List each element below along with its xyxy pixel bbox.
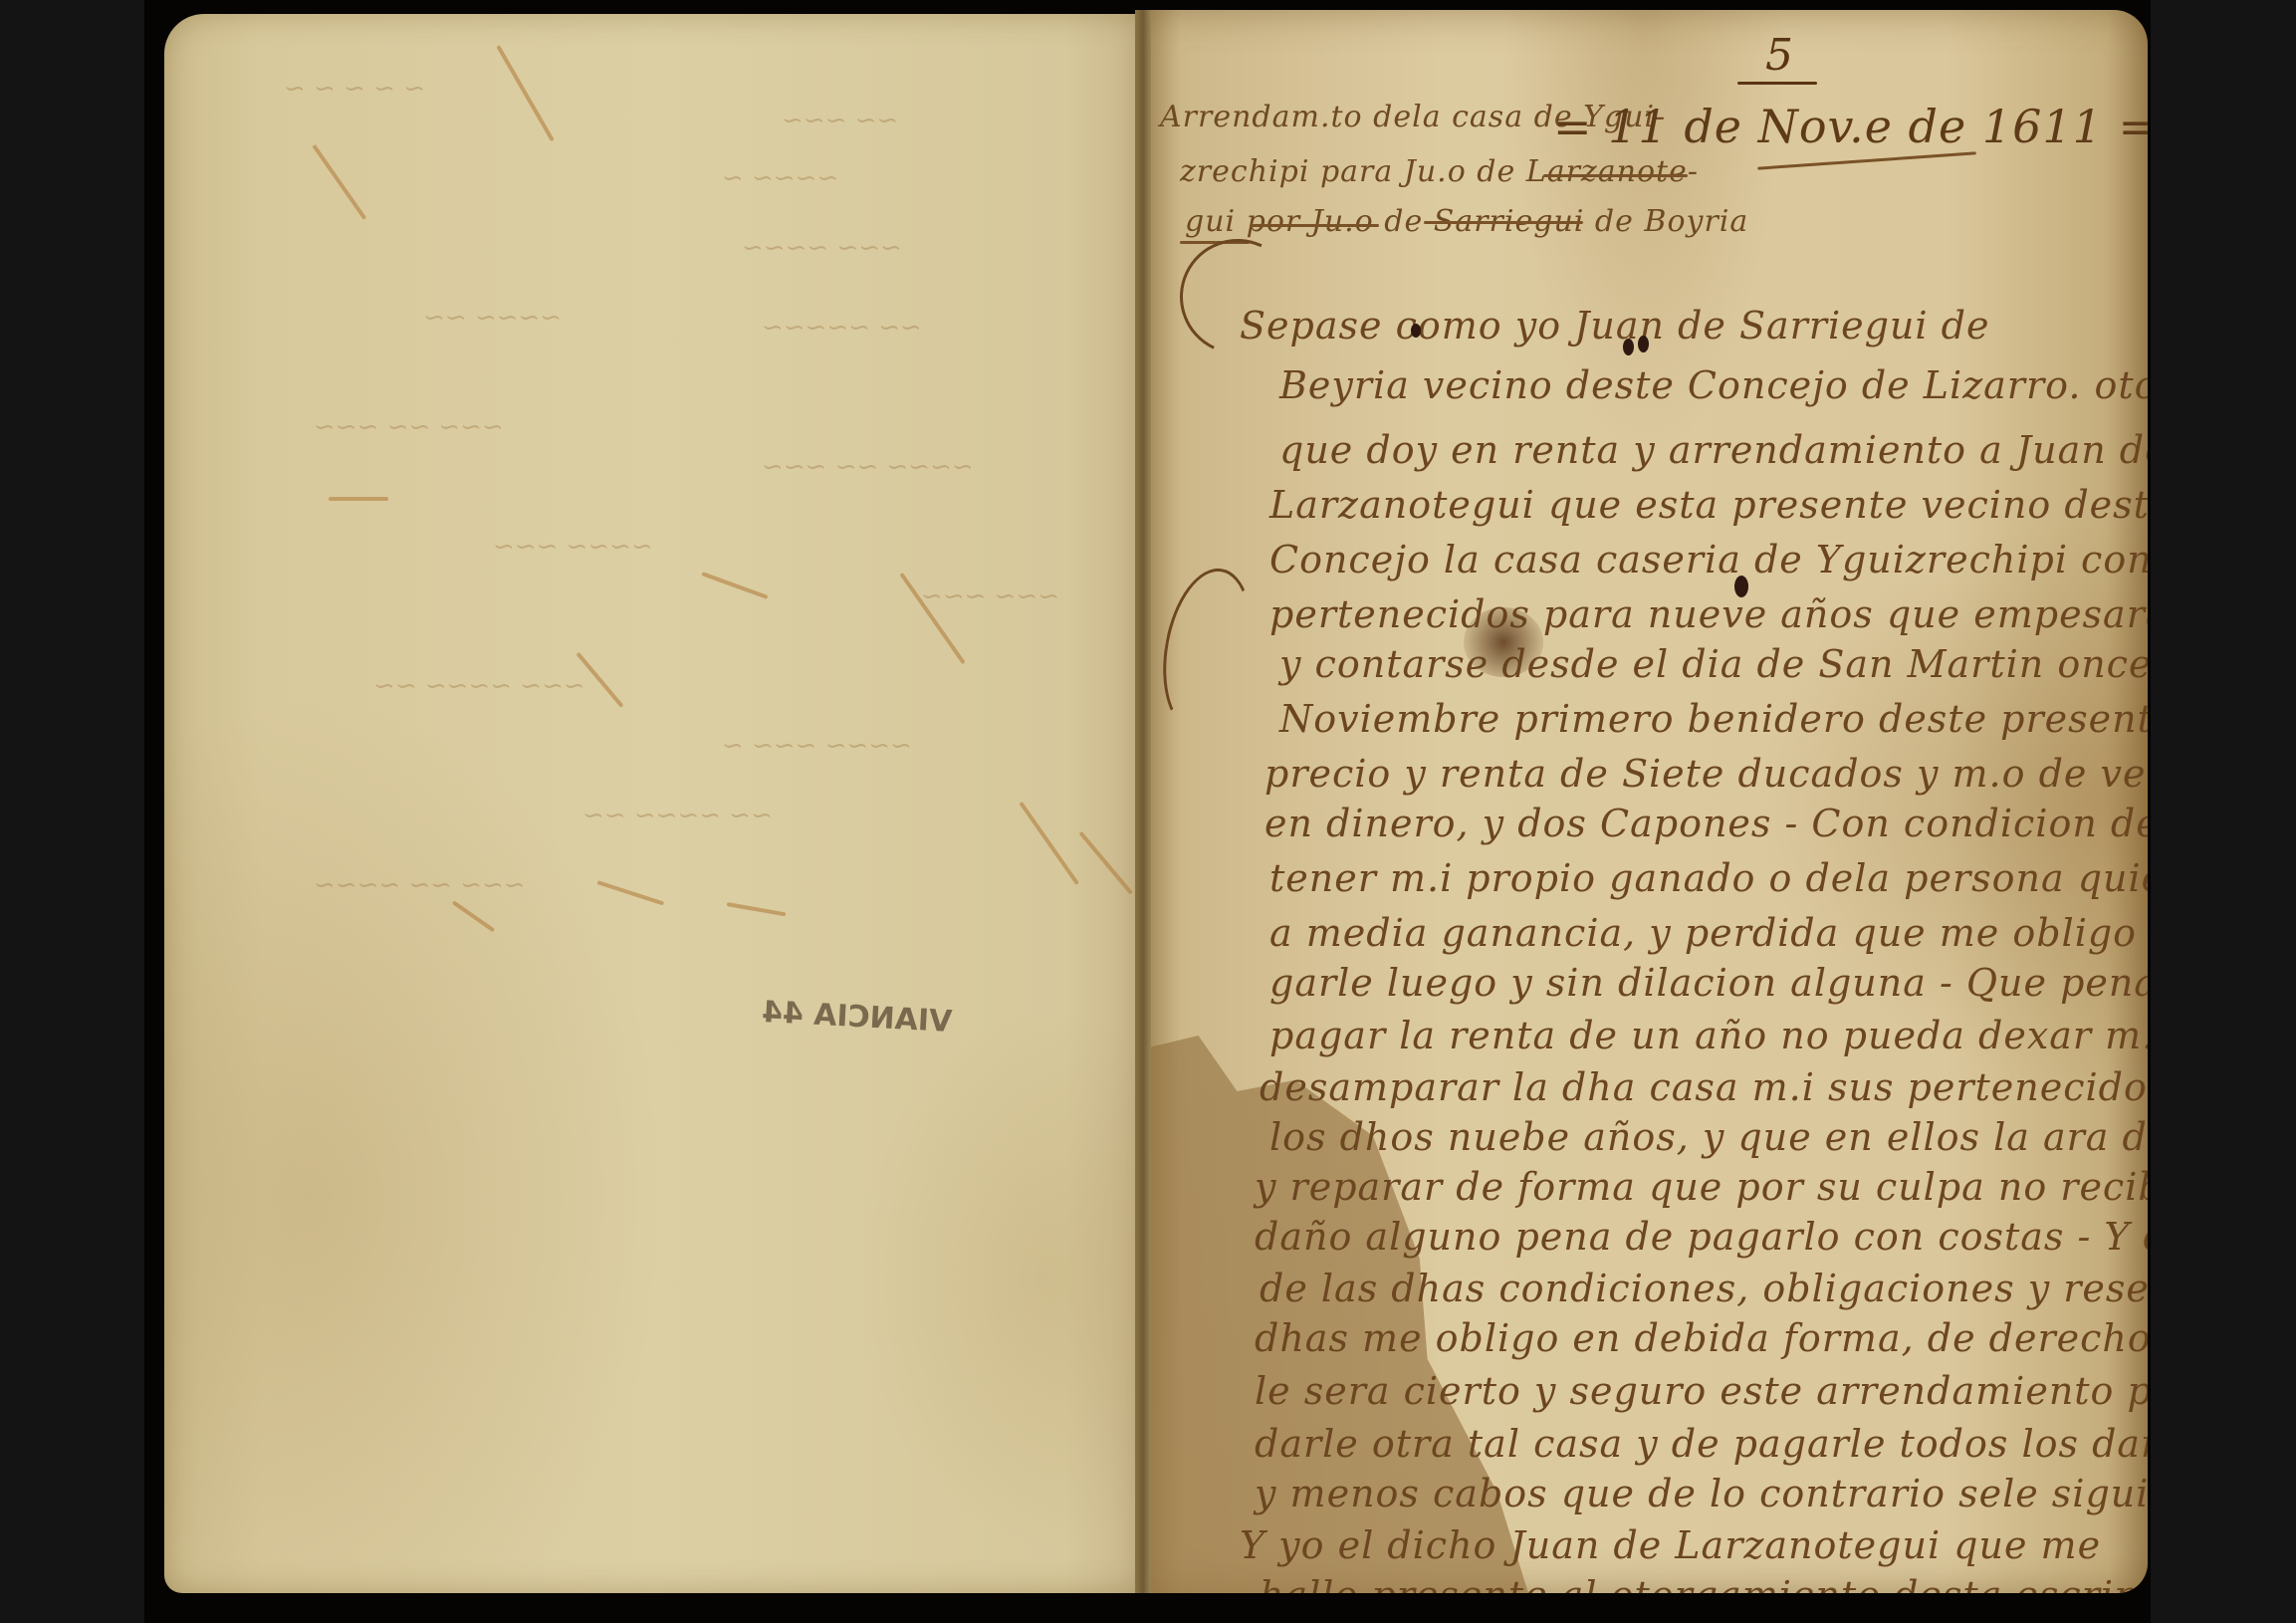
body-line-25: hallo presente al otorgamiento desta esc… xyxy=(1260,1573,2148,1593)
body-line-19: de las dhas condiciones, obligaciones y … xyxy=(1260,1267,2148,1310)
body-line-21: le sera cierto y seguro este arrendamien… xyxy=(1255,1369,2148,1413)
body-line-7: y contarse desde el dia de San Martin on… xyxy=(1279,642,2148,686)
body-line-2: Beyria vecino deste Concejo de Lizarro. … xyxy=(1279,363,2148,407)
folio-number: 5 xyxy=(1765,30,1794,81)
body-line-18: daño alguno pena de pagarlo con costas -… xyxy=(1255,1215,2148,1259)
body-line-15: desamparar la dha casa m.i sus perteneci… xyxy=(1260,1065,2148,1109)
body-line-10: en dinero, y dos Capones - Con condicion… xyxy=(1264,802,2148,845)
body-line-1: Sepase como yo Juan de Sarriegui de xyxy=(1240,304,1989,348)
body-line-24: Y yo el dicho Juan de Larzanotegui que m… xyxy=(1240,1523,2101,1567)
body-line-9: precio y renta de Siete ducados y m.o de… xyxy=(1264,752,2148,796)
right-page: Arrendam.to dela casa de Ygui- zrechipi … xyxy=(1140,10,2148,1593)
body-line-12: a media ganancia, y perdida que me oblig… xyxy=(1269,911,2148,955)
body-line-6: pertenecidos para nueve años que empesar… xyxy=(1269,592,2148,636)
body-line-13: garle luego y sin dilacion alguna - Que … xyxy=(1269,961,2148,1005)
left-page: ~ ~ ~ ~ ~ ~~ ~~~ ~~~~ ~ ~~~ ~~~~ ~~ ~~~~… xyxy=(164,14,1145,1593)
mirrored-stamp: VIANCIA 44 xyxy=(761,995,953,1040)
body-line-17: y reparar de forma que por su culpa no r… xyxy=(1255,1165,2148,1209)
body-line-20: dhas me obligo en debida forma, de derec… xyxy=(1255,1316,2148,1360)
ink-smudge xyxy=(1464,607,1543,677)
margin-header-line-2: zrechipi para Ju.o de Larzanote- xyxy=(1180,154,1699,189)
body-line-4: Larzanotegui que esta presente vecino de… xyxy=(1269,483,2148,527)
body-line-22: darle otra tal casa y de pagarle todos l… xyxy=(1255,1422,2148,1466)
body-line-3: que doy en renta y arrendamiento a Juan … xyxy=(1279,428,2148,472)
body-line-8: Noviembre primero benidero deste present… xyxy=(1279,697,2148,741)
body-line-5: Concejo la casa caseria de Yguizrechipi … xyxy=(1269,538,2148,581)
book-spine xyxy=(1135,10,1151,1593)
date-line: = 11 de Nov.e de 1611 = xyxy=(1553,100,2148,153)
body-line-11: tener m.i propio ganado o dela persona q… xyxy=(1269,856,2148,900)
body-line-16: los dhos nuebe años, y que en ellos la a… xyxy=(1269,1115,2148,1159)
body-line-23: y menos cabos que de lo contrario sele s… xyxy=(1255,1472,2148,1515)
body-line-14: pagar la renta de un año no pueda dexar … xyxy=(1269,1014,2148,1057)
